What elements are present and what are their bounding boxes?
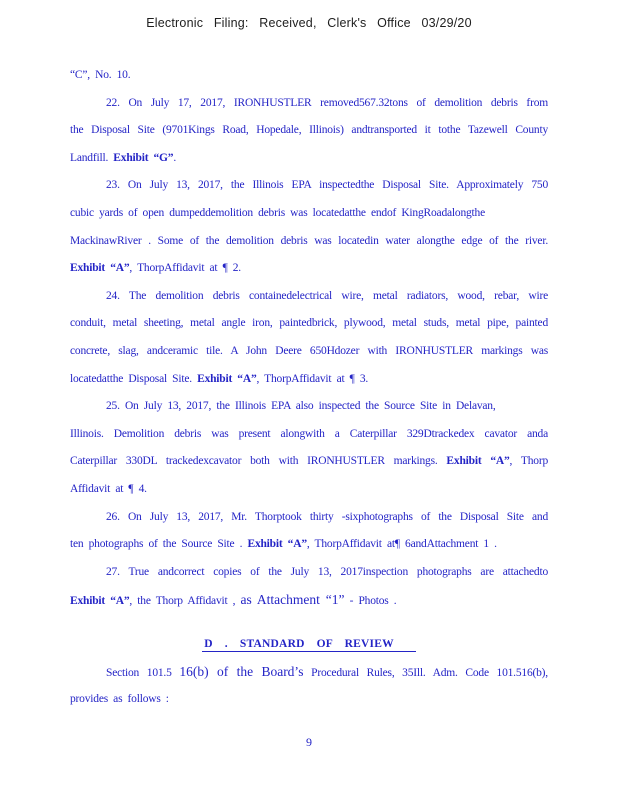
- text-segment: Landfill.: [70, 152, 113, 164]
- paragraph: 24. The demolition debris containedelect…: [70, 283, 548, 393]
- paragraph: 22. On July 17, 2017, IRONHUSTLER remove…: [70, 90, 548, 173]
- text-segment: the Disposal Site (9701Kings Road, Hoped…: [70, 124, 548, 136]
- document-line: Landfill. Exhibit “G”.: [70, 145, 548, 173]
- text-segment: 25. On July 13, 2017, the Illinois EPA a…: [106, 400, 496, 412]
- text-segment: 27. True andcorrect copies of the July 1…: [106, 566, 548, 578]
- paragraph: 27. True andcorrect copies of the July 1…: [70, 559, 548, 614]
- text-segment: 23. On July 13, 2017, the Illinois EPA i…: [106, 179, 548, 191]
- document-line: 27. True andcorrect copies of the July 1…: [70, 559, 548, 587]
- text-segment: Exhibit “A”: [70, 262, 129, 274]
- text-segment: “C”, No. 10.: [70, 69, 130, 81]
- paragraph: 26. On July 13, 2017, Mr. Thorptook thir…: [70, 504, 548, 559]
- text-segment: ten photographs of the Source Site .: [70, 538, 247, 550]
- document-line: Section 101.5 16(b) of the Board’s Proce…: [70, 658, 548, 686]
- document-line: cubic yards of open dumpeddemolition deb…: [70, 200, 548, 228]
- text-segment: Affidavit at ¶ 4.: [70, 483, 147, 495]
- document-line: ten photographs of the Source Site . Exh…: [70, 531, 548, 559]
- text-segment: , ThorpAffidavit at ¶ 2.: [129, 262, 241, 274]
- text-segment: locatedatthe Disposal Site.: [70, 373, 197, 385]
- text-segment: 24. The demolition debris containedelect…: [106, 290, 548, 302]
- filing-header: Electronic Filing: Received, Clerk's Off…: [0, 16, 618, 30]
- document-page: Electronic Filing: Received, Clerk's Off…: [0, 0, 618, 800]
- page-number: 9: [0, 735, 618, 750]
- paragraph: 23. On July 13, 2017, the Illinois EPA i…: [70, 172, 548, 282]
- text-segment: , ThorpAffidavit at ¶ 3.: [257, 373, 369, 385]
- paragraph: 25. On July 13, 2017, the Illinois EPA a…: [70, 393, 548, 503]
- text-segment: .: [173, 152, 176, 164]
- text-segment: as Attachment “1”: [241, 592, 345, 607]
- text-segment: , Thorp: [510, 455, 548, 467]
- document-line: 25. On July 13, 2017, the Illinois EPA a…: [70, 393, 548, 421]
- document-line: 22. On July 17, 2017, IRONHUSTLER remove…: [70, 90, 548, 118]
- document-line: Exhibit “A”, ThorpAffidavit at ¶ 2.: [70, 255, 548, 283]
- document-line: Illinois. Demolition debris was present …: [70, 421, 548, 449]
- text-segment: Procedural Rules, 35Ill. Adm. Code 101.5…: [303, 667, 548, 679]
- text-segment: - Photos .: [344, 595, 396, 607]
- text-segment: Exhibit “G”: [113, 152, 173, 164]
- document-line: provides as follows :: [70, 686, 548, 714]
- document-line: the Disposal Site (9701Kings Road, Hoped…: [70, 117, 548, 145]
- text-segment: 16(b) of the Board’s: [179, 664, 303, 679]
- text-segment: Exhibit “A”: [197, 373, 256, 385]
- text-segment: conduit, metal sheeting, metal angle iro…: [70, 317, 548, 329]
- document-line: conduit, metal sheeting, metal angle iro…: [70, 310, 548, 338]
- document-body: “C”, No. 10.22. On July 17, 2017, IRONHU…: [70, 62, 548, 714]
- section-heading: D . STANDARD OF REVIEW: [70, 631, 548, 659]
- text-segment: concrete, slag, andceramic tile. A John …: [70, 345, 548, 357]
- document-line: concrete, slag, andceramic tile. A John …: [70, 338, 548, 366]
- text-segment: MackinawRiver . Some of the demolition d…: [70, 235, 548, 247]
- text-segment: cubic yards of open dumpeddemolition deb…: [70, 207, 485, 219]
- text-segment: , the Thorp Affidavit ,: [129, 595, 240, 607]
- text-segment: Illinois. Demolition debris was present …: [70, 428, 548, 440]
- document-line: Exhibit “A”, the Thorp Affidavit , as At…: [70, 586, 548, 614]
- document-line: MackinawRiver . Some of the demolition d…: [70, 228, 548, 256]
- text-segment: provides as follows :: [70, 693, 169, 705]
- text-segment: 26. On July 13, 2017, Mr. Thorptook thir…: [106, 511, 548, 523]
- document-line: locatedatthe Disposal Site. Exhibit “A”,…: [70, 366, 548, 394]
- document-line: 24. The demolition debris containedelect…: [70, 283, 548, 311]
- text-segment: Section 101.5: [106, 667, 179, 679]
- text-segment: Exhibit “A”: [70, 595, 129, 607]
- text-segment: , ThorpAffidavit at¶ 6andAttachment 1 .: [307, 538, 497, 550]
- text-segment: 22. On July 17, 2017, IRONHUSTLER remove…: [106, 97, 548, 109]
- document-line: Caterpillar 330DL trackedexcavator both …: [70, 448, 548, 476]
- paragraph: Section 101.5 16(b) of the Board’s Proce…: [70, 658, 548, 713]
- text-segment: Exhibit “A”: [446, 455, 509, 467]
- document-line: “C”, No. 10.: [70, 62, 548, 90]
- paragraph: “C”, No. 10.: [70, 62, 548, 90]
- document-line: 26. On July 13, 2017, Mr. Thorptook thir…: [70, 504, 548, 532]
- section-heading-text: D . STANDARD OF REVIEW: [202, 638, 416, 652]
- document-line: Affidavit at ¶ 4.: [70, 476, 548, 504]
- text-segment: Exhibit “A”: [247, 538, 306, 550]
- document-line: 23. On July 13, 2017, the Illinois EPA i…: [70, 172, 548, 200]
- text-segment: Caterpillar 330DL trackedexcavator both …: [70, 455, 446, 467]
